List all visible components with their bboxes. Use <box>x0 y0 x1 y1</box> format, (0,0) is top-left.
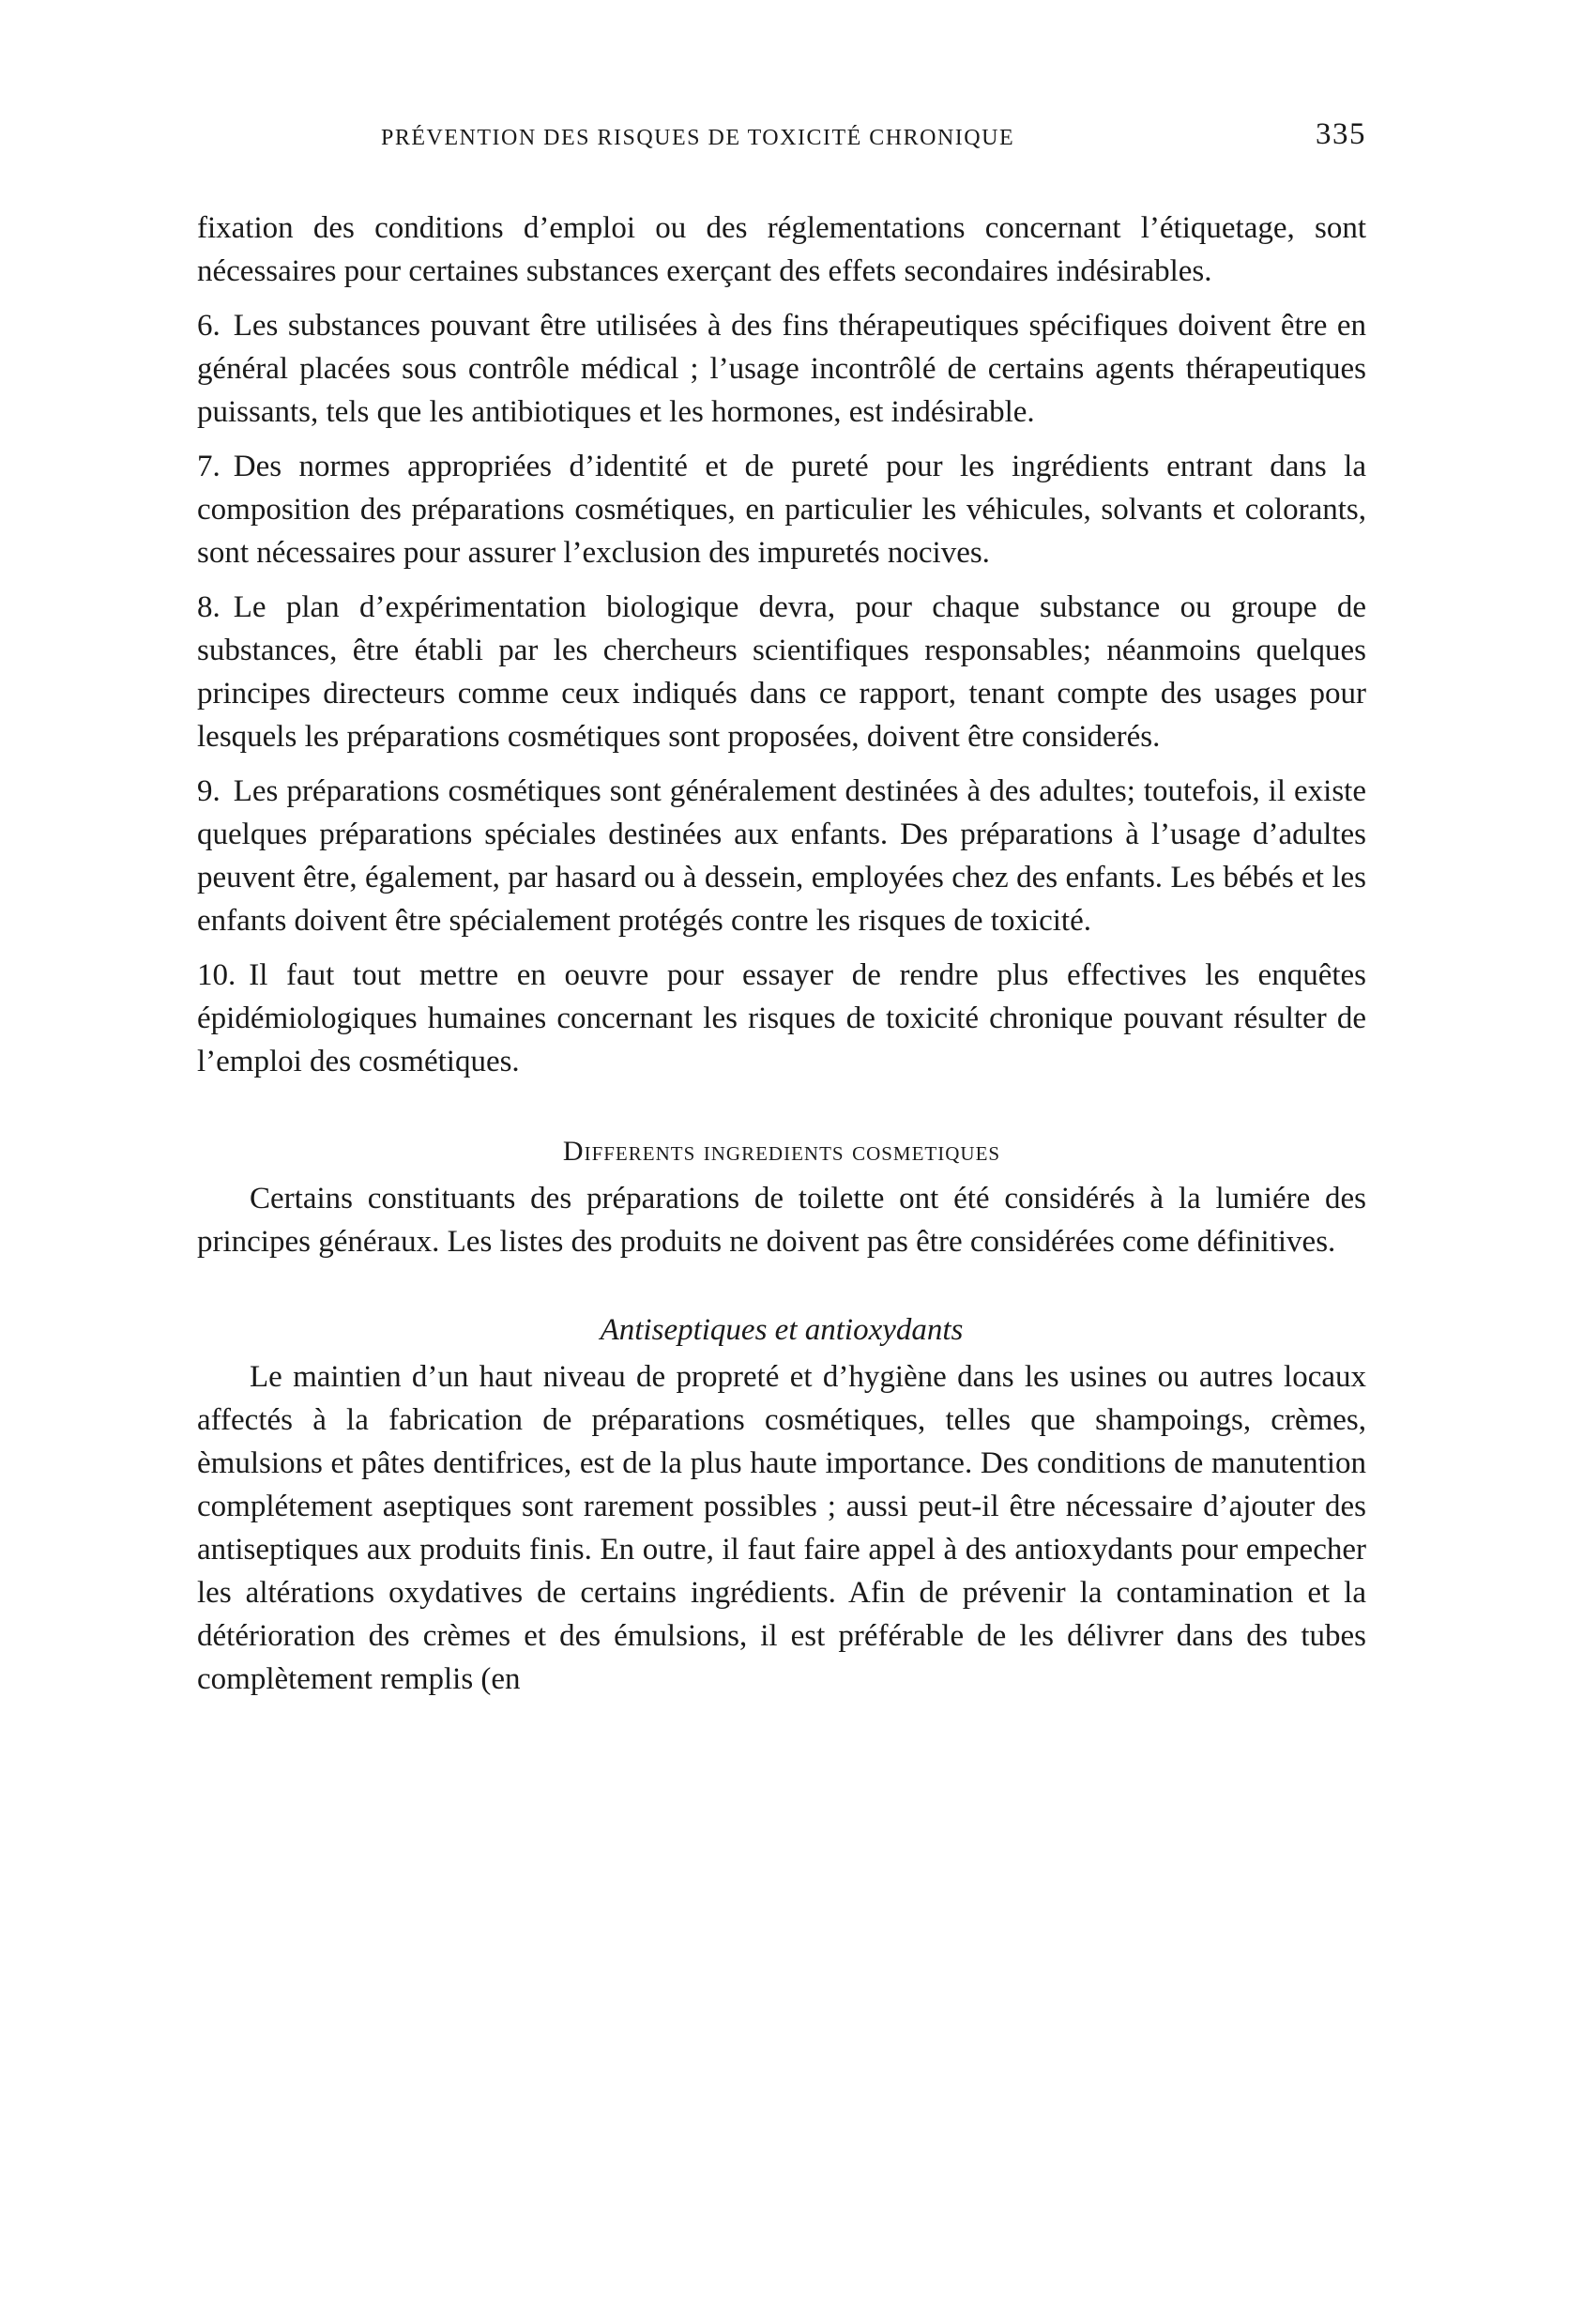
paragraph-number: 10. <box>197 958 236 992</box>
running-head-title: PRÉVENTION DES RISQUES DE TOXICITÉ CHRON… <box>381 116 1014 160</box>
subsection-text: Le maintien d’un haut niveau de propreté… <box>197 1355 1366 1701</box>
paragraph-text: fixation des conditions d’emploi ou des … <box>197 211 1366 288</box>
numbered-paragraph-9: 9.Les préparations cosmétiques sont géné… <box>197 770 1366 942</box>
paragraph-text: Les substances pouvant être utilisées à … <box>197 309 1366 429</box>
paragraph-number: 6. <box>197 309 221 343</box>
numbered-paragraph-6: 6.Les substances pouvant être utilisées … <box>197 304 1366 434</box>
paragraph-text: Le plan d’expérimentation biologique dev… <box>197 590 1366 754</box>
running-head: PRÉVENTION DES RISQUES DE TOXICITÉ CHRON… <box>197 113 1366 160</box>
document-page: PRÉVENTION DES RISQUES DE TOXICITÉ CHRON… <box>197 113 1366 1712</box>
paragraph-text: Il faut tout mettre en oeuvre pour essay… <box>197 958 1366 1078</box>
page-number: 335 <box>1316 113 1366 156</box>
numbered-paragraph-10: 10.Il faut tout mettre en oeuvre pour es… <box>197 954 1366 1083</box>
paragraph-number: 7. <box>197 450 221 483</box>
body-text: fixation des conditions d’emploi ou des … <box>197 206 1366 1701</box>
section-heading: Differents ingredients cosmetiques <box>197 1130 1366 1173</box>
paragraph-number: 8. <box>197 590 221 624</box>
numbered-paragraph-8: 8.Le plan d’expérimentation biologique d… <box>197 586 1366 758</box>
paragraph-number: 9. <box>197 774 221 808</box>
paragraph-continuation: fixation des conditions d’emploi ou des … <box>197 206 1366 293</box>
subsection-heading: Antiseptiques et antioxydants <box>197 1308 1366 1352</box>
numbered-paragraph-7: 7.Des normes appropriées d’identité et d… <box>197 445 1366 574</box>
paragraph-text: Des normes appropriées d’identité et de … <box>197 450 1366 570</box>
paragraph-text: Les préparations cosmétiques sont généra… <box>197 774 1366 938</box>
section-intro: Certains constituants des préparations d… <box>197 1177 1366 1263</box>
